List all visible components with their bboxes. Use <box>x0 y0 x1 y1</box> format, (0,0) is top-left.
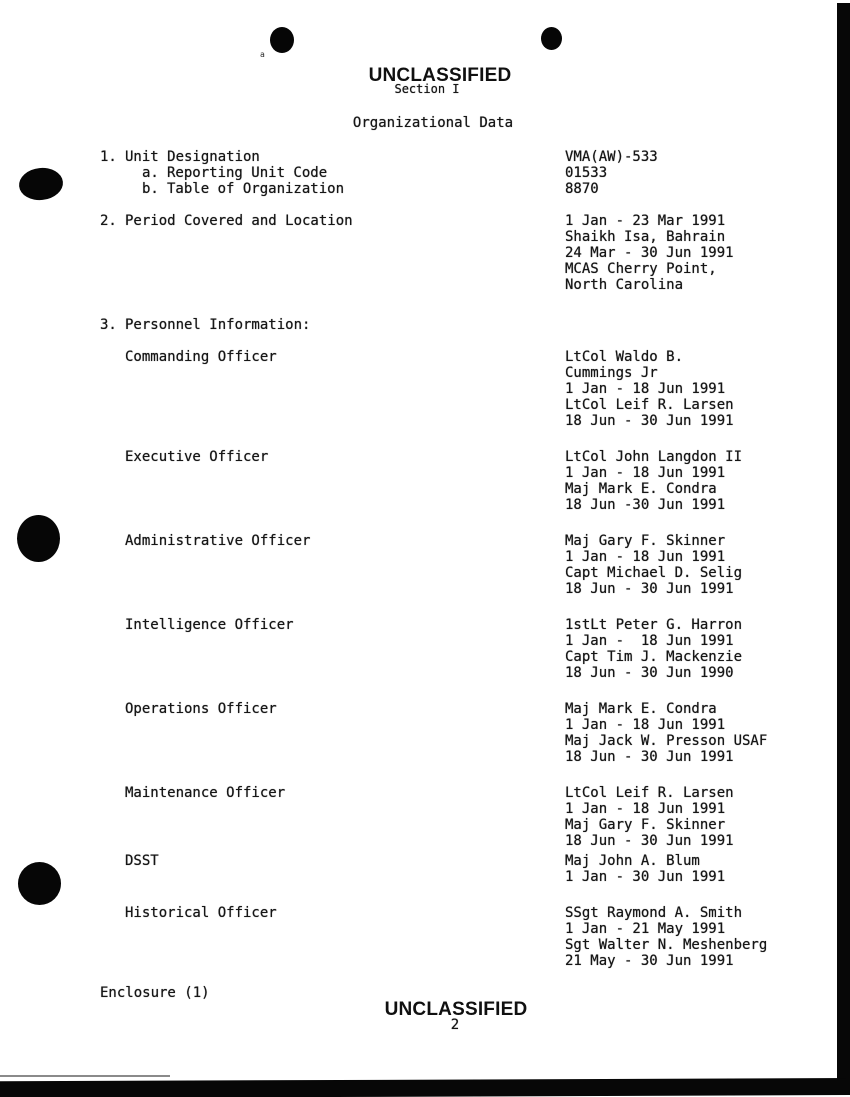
item-1-value: VMA(AW)-533 <box>565 149 658 165</box>
personnel-detail-executive-officer: LtCol John Langdon II 1 Jan - 18 Jun 199… <box>565 449 742 513</box>
personnel-detail-dsst: Maj John A. Blum 1 Jan - 30 Jun 1991 <box>565 853 725 885</box>
hole-punch-dot-left-upper <box>17 166 64 202</box>
personnel-detail-administrative-officer: Maj Gary F. Skinner 1 Jan - 18 Jun 1991 … <box>565 533 742 597</box>
item-3-label: Personnel Information: <box>125 317 310 333</box>
hole-punch-dot-top-left <box>270 27 294 53</box>
personnel-detail-historical-officer: SSgt Raymond A. Smith 1 Jan - 21 May 199… <box>565 905 767 969</box>
hole-punch-dot-left-lower <box>18 862 61 905</box>
personnel-detail-operations-officer: Maj Mark E. Condra 1 Jan - 18 Jun 1991 M… <box>565 701 767 765</box>
item-1-number: 1. <box>100 149 117 165</box>
personnel-detail-intelligence-officer: 1stLt Peter G. Harron 1 Jan - 18 Jun 199… <box>565 617 742 681</box>
scan-smudge-bottom-left <box>0 1075 170 1077</box>
item-2-label: Period Covered and Location <box>125 213 353 229</box>
personnel-title-dsst: DSST <box>125 853 159 869</box>
personnel-title-administrative-officer: Administrative Officer <box>125 533 310 549</box>
section-heading: Section I <box>4 82 850 96</box>
personnel-title-operations-officer: Operations Officer <box>125 701 277 717</box>
item-2-value: 1 Jan - 23 Mar 1991 Shaikh Isa, Bahrain … <box>565 213 734 293</box>
hole-punch-dot-left-middle <box>17 515 60 562</box>
scanned-document-page: a UNCLASSIFIED Section I Organizational … <box>0 0 850 1097</box>
scan-edge-right <box>837 3 850 1081</box>
item-1a-number: a. <box>142 165 159 181</box>
page-number: 2 <box>60 1017 850 1033</box>
item-1b-label: Table of Organization <box>167 181 344 197</box>
personnel-detail-commanding-officer: LtCol Waldo B. Cummings Jr 1 Jan - 18 Ju… <box>565 349 734 429</box>
item-1-label: Unit Designation <box>125 149 260 165</box>
personnel-detail-maintenance-officer: LtCol Leif R. Larsen 1 Jan - 18 Jun 1991… <box>565 785 734 849</box>
scan-edge-bottom <box>0 1078 850 1097</box>
item-3-number: 3. <box>100 317 117 333</box>
item-1b-number: b. <box>142 181 159 197</box>
personnel-title-commanding-officer: Commanding Officer <box>125 349 277 365</box>
item-1a-label: Reporting Unit Code <box>167 165 327 181</box>
personnel-title-executive-officer: Executive Officer <box>125 449 268 465</box>
stray-pen-mark: a <box>260 51 265 59</box>
item-1a-value: 01533 <box>565 165 607 181</box>
personnel-title-intelligence-officer: Intelligence Officer <box>125 617 294 633</box>
personnel-title-maintenance-officer: Maintenance Officer <box>125 785 285 801</box>
hole-punch-dot-top-right <box>541 27 562 50</box>
personnel-title-historical-officer: Historical Officer <box>125 905 277 921</box>
page-title: Organizational Data <box>16 115 850 131</box>
item-1b-value: 8870 <box>565 181 599 197</box>
item-2-number: 2. <box>100 213 117 229</box>
enclosure-label: Enclosure (1) <box>100 985 210 1001</box>
